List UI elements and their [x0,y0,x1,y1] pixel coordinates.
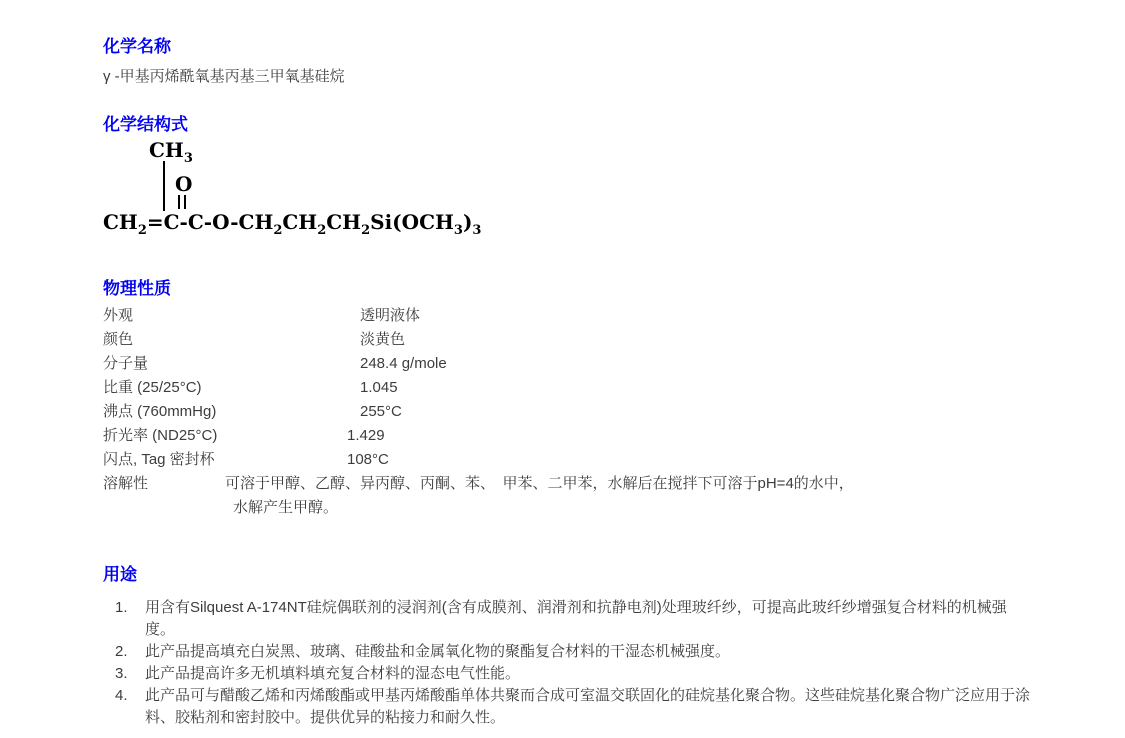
formula-chain-subscript: 2 [317,223,326,238]
property-row: 外观透明液体 [103,304,1125,328]
property-value: 可溶于甲醇、乙醇、异丙醇、丙酮、苯、 甲苯、二甲苯，水解后在搅拌下可溶于pH=4… [225,475,854,492]
formula-carbonyl-oxygen: O [175,172,192,196]
property-value: 108°C [347,451,389,468]
formula-methyl-group: CH3 [149,138,193,162]
section-heading-uses: 用途 [103,564,1125,586]
property-label: 外观 [103,304,360,328]
property-value: 透明液体 [360,307,420,324]
list-item-number: 3. [115,663,128,685]
section-heading-structure: 化学结构式 [103,114,1125,136]
property-label: 折光率 (ND25°C) [103,424,347,448]
chemical-name-text: γ -甲基丙烯酰氧基丙基三甲氧基硅烷 [103,66,1125,88]
solubility-continuation-line: 水解产生甲醇。 [233,496,1125,520]
property-row-solubility: 溶解性可溶于甲醇、乙醇、异丙醇、丙酮、苯、 甲苯、二甲苯，水解后在搅拌下可溶于p… [103,472,1125,496]
list-item-text: 用含有Silquest A-174NT硅烷偶联剂的浸润剂(含有成膜剂、润滑剂和抗… [145,599,1007,638]
property-row: 分子量248.4 g/mole [103,352,1125,376]
list-item-text: 此产品可与醋酸乙烯和丙烯酸酯或甲基丙烯酸酯单体共聚而合成可室温交联固化的硅烷基化… [145,687,1030,726]
structure-formula-image: CH3 O CH2=C-C-O-CH2CH2CH2Si(OCH3)3 [103,138,443,240]
formula-chain-segment: ) [463,210,472,234]
list-item-text: 此产品提高填充白炭黑、玻璃、硅酸盐和金属氧化物的聚酯复合材料的干湿态机械强度。 [145,643,730,660]
property-label: 沸点 (760mmHg) [103,400,360,424]
property-label: 分子量 [103,352,360,376]
list-item-number: 4. [115,685,128,707]
property-label: 比重 (25/25°C) [103,376,360,400]
property-label: 闪点, Tag 密封杯 [103,448,347,472]
formula-chain-subscript: 3 [454,223,463,238]
list-item-number: 1. [115,597,128,619]
list-item: 1.用含有Silquest A-174NT硅烷偶联剂的浸润剂(含有成膜剂、润滑剂… [103,597,1035,641]
property-row: 比重 (25/25°C)1.045 [103,376,1125,400]
formula-single-bond-line [163,161,165,211]
property-value: 1.429 [347,427,385,444]
list-item: 3.此产品提高许多无机填料填充复合材料的湿态电气性能。 [103,663,1035,685]
formula-chain-segment: =C-C-O-CH [147,210,273,234]
property-row: 闪点, Tag 密封杯108°C [103,448,1125,472]
property-value: 255°C [360,403,402,420]
property-value: 1.045 [360,379,398,396]
formula-chain-segment: CH [282,210,317,234]
section-heading-chemical-name: 化学名称 [103,36,1125,58]
section-heading-physical-properties: 物理性质 [103,278,1125,300]
physical-properties-table: 外观透明液体 颜色淡黄色 分子量248.4 g/mole 比重 (25/25°C… [103,304,1125,472]
uses-list: 1.用含有Silquest A-174NT硅烷偶联剂的浸润剂(含有成膜剂、润滑剂… [103,597,1035,729]
formula-chain-segment: CH [103,210,138,234]
property-row: 颜色淡黄色 [103,328,1125,352]
property-label: 溶解性 [103,472,225,496]
formula-double-bond-line [178,195,186,209]
formula-chain-segment: CH [326,210,361,234]
formula-chain-segment: Si(OCH [370,210,454,234]
formula-methyl-text: CH [149,138,184,162]
formula-main-chain: CH2=C-C-O-CH2CH2CH2Si(OCH3)3 [103,210,481,234]
property-row: 折光率 (ND25°C)1.429 [103,424,1125,448]
list-item: 2.此产品提高填充白炭黑、玻璃、硅酸盐和金属氧化物的聚酯复合材料的干湿态机械强度… [103,641,1035,663]
list-item: 4.此产品可与醋酸乙烯和丙烯酸酯或甲基丙烯酸酯单体共聚而合成可室温交联固化的硅烷… [103,685,1035,729]
property-label: 颜色 [103,328,360,352]
formula-chain-subscript: 2 [361,223,370,238]
formula-chain-subscript: 3 [472,223,481,238]
datasheet-page: 化学名称 γ -甲基丙烯酰氧基丙基三甲氧基硅烷 化学结构式 CH3 O CH2=… [0,0,1125,729]
formula-methyl-subscript: 3 [184,151,193,166]
property-value: 248.4 g/mole [360,355,447,372]
property-value: 淡黄色 [360,331,405,348]
formula-chain-subscript: 2 [138,223,147,238]
list-item-number: 2. [115,641,128,663]
property-row: 沸点 (760mmHg)255°C [103,400,1125,424]
list-item-text: 此产品提高许多无机填料填充复合材料的湿态电气性能。 [145,665,520,682]
